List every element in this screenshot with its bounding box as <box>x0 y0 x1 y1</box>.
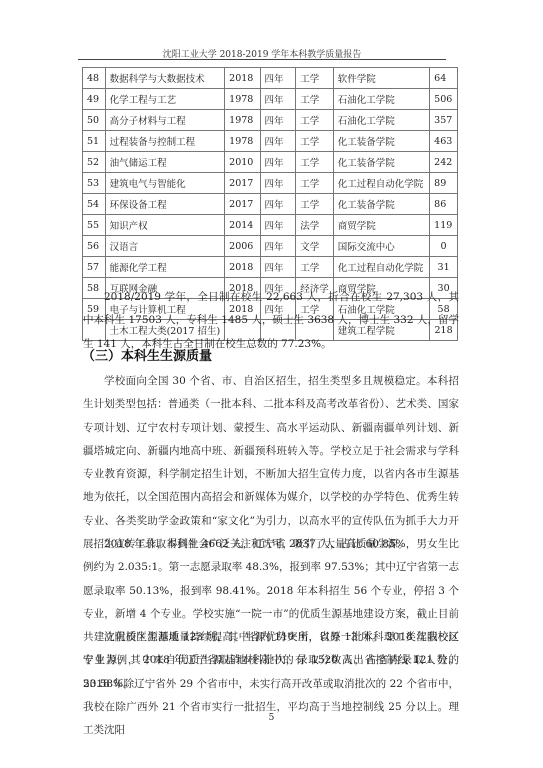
shenyang-paragraph: 沈阳校区生源质量持续提高，生源优势突出，以原一批本科理工类沈阳校区专业为例， 2… <box>83 626 459 742</box>
cell-discipline: 工学 <box>296 89 334 110</box>
cell-name: 能源化学工程 <box>105 257 225 278</box>
cell-count: 119 <box>430 215 458 236</box>
table-row: 52油气储运工程2010四年工学化工装备学院242 <box>83 152 458 173</box>
table-row: 51过程装备与控制工程1978四年工学化工装备学院463 <box>83 131 458 152</box>
cell-num: 53 <box>83 173 106 194</box>
table-row: 54环保设备工程2017四年工学化工装备学院86 <box>83 194 458 215</box>
cell-discipline: 工学 <box>296 152 334 173</box>
cell-year: 2006 <box>225 236 260 257</box>
cell-count: 86 <box>430 194 458 215</box>
cell-num: 55 <box>83 215 106 236</box>
cell-num: 56 <box>83 236 106 257</box>
cell-num: 49 <box>83 89 106 110</box>
cell-duration: 四年 <box>260 215 296 236</box>
cell-duration: 四年 <box>260 89 296 110</box>
table-row: 55知识产权2014四年法学商贸学院119 <box>83 215 458 236</box>
cell-name: 知识产权 <box>105 215 225 236</box>
cell-year: 2018 <box>225 257 260 278</box>
cell-name: 化学工程与工艺 <box>105 89 225 110</box>
cell-college: 化工装备学院 <box>333 152 429 173</box>
table-row: 49化学工程与工艺1978四年工学石油化工学院506 <box>83 89 458 110</box>
table-row: 48数据科学与大数据技术2018四年工学软件学院64 <box>83 68 458 89</box>
cell-duration: 四年 <box>260 257 296 278</box>
cell-discipline: 工学 <box>296 257 334 278</box>
cell-name: 油气储运工程 <box>105 152 225 173</box>
cell-count: 64 <box>430 68 458 89</box>
cell-num: 57 <box>83 257 106 278</box>
cell-year: 1978 <box>225 131 260 152</box>
cell-discipline: 工学 <box>296 131 334 152</box>
cell-duration: 四年 <box>260 236 296 257</box>
cell-count: 89 <box>430 173 458 194</box>
cell-duration: 四年 <box>260 173 296 194</box>
sources-paragraph: 学校面向全国 30 个省、市、自治区招生，招生类型多且规模稳定。本科招生计划类型… <box>83 370 459 556</box>
cell-discipline: 文学 <box>296 236 334 257</box>
table-row: 57能源化学工程2018四年工学化工过程自动化学院31 <box>83 257 458 278</box>
cell-college: 化工装备学院 <box>333 131 429 152</box>
cell-year: 2017 <box>225 194 260 215</box>
page-number: 5 <box>0 713 543 723</box>
cell-college: 化工过程自动化学院 <box>333 173 429 194</box>
header-divider <box>78 59 446 60</box>
cell-duration: 四年 <box>260 194 296 215</box>
cell-discipline: 法学 <box>296 215 334 236</box>
cell-name: 数据科学与大数据技术 <box>105 68 225 89</box>
cell-college: 石油化工学院 <box>333 89 429 110</box>
cell-discipline: 工学 <box>296 68 334 89</box>
cell-discipline: 工学 <box>296 194 334 215</box>
cell-year: 2017 <box>225 173 260 194</box>
cell-college: 商贸学院 <box>333 215 429 236</box>
cell-name: 过程装备与控制工程 <box>105 131 225 152</box>
cell-college: 化工装备学院 <box>333 194 429 215</box>
cell-duration: 四年 <box>260 68 296 89</box>
cell-name: 汉语言 <box>105 236 225 257</box>
cell-year: 1978 <box>225 89 260 110</box>
cell-count: 463 <box>430 131 458 152</box>
cell-num: 50 <box>83 110 106 131</box>
cell-num: 48 <box>83 68 106 89</box>
cell-duration: 四年 <box>260 110 296 131</box>
cell-college: 石油化工学院 <box>333 110 429 131</box>
table-row: 56汉语言2006四年文学国际交流中心0 <box>83 236 458 257</box>
cell-discipline: 工学 <box>296 173 334 194</box>
cell-year: 2010 <box>225 152 260 173</box>
cell-count: 0 <box>430 236 458 257</box>
cell-count: 31 <box>430 257 458 278</box>
table-row: 50高分子材料与工程1978四年工学石油化工学院357 <box>83 110 458 131</box>
cell-year: 2014 <box>225 215 260 236</box>
cell-name: 环保设备工程 <box>105 194 225 215</box>
cell-college: 化工过程自动化学院 <box>333 257 429 278</box>
cell-count: 506 <box>430 89 458 110</box>
cell-num: 51 <box>83 131 106 152</box>
cell-num: 54 <box>83 194 106 215</box>
cell-year: 1978 <box>225 110 260 131</box>
cell-college: 国际交流中心 <box>333 236 429 257</box>
cell-year: 2018 <box>225 68 260 89</box>
cell-count: 357 <box>430 110 458 131</box>
cell-count: 242 <box>430 152 458 173</box>
section-title: （三）本科生生源质量 <box>82 345 212 364</box>
cell-num: 52 <box>83 152 106 173</box>
cell-duration: 四年 <box>260 131 296 152</box>
cell-college: 软件学院 <box>333 68 429 89</box>
cell-discipline: 工学 <box>296 110 334 131</box>
cell-duration: 四年 <box>260 152 296 173</box>
table-row: 53建筑电气与智能化2017四年工学化工过程自动化学院89 <box>83 173 458 194</box>
cell-name: 高分子材料与工程 <box>105 110 225 131</box>
cell-name: 建筑电气与智能化 <box>105 173 225 194</box>
